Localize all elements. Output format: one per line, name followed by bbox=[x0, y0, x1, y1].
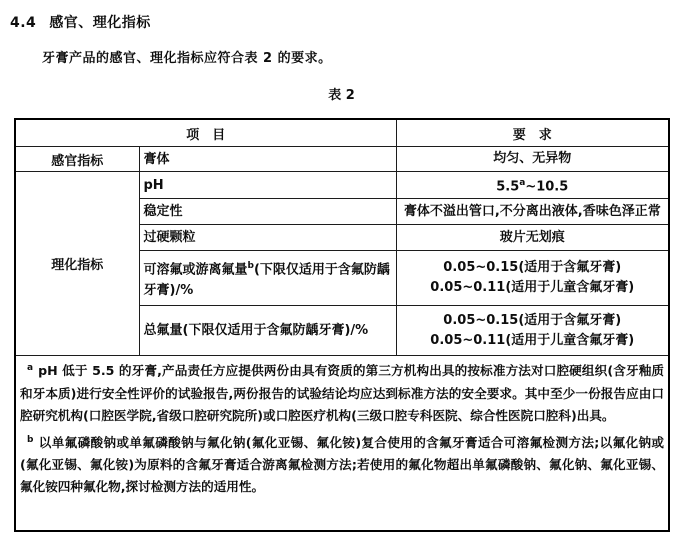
requirement-cell-grit: 玻片无划痕 bbox=[396, 225, 669, 251]
section-heading: 4.4感官、理化指标 bbox=[10, 12, 151, 32]
footnote-a: apH 低于 5.5 的牙膏,产品责任方应提供两份由具有资质的第三方机构出具的按… bbox=[20, 357, 664, 426]
footnote-a-marker: a bbox=[27, 363, 33, 373]
section-number: 4.4 bbox=[10, 15, 36, 31]
footnote-b: b以单氟磷酸钠或单氟磷酸钠与氟化钠(氟化亚锡、氟化铵)复合使用的含氟牙膏适合可溶… bbox=[20, 429, 664, 498]
soluble-fluoride-range-child: 0.05~0.11(适用于儿童含氟牙膏) bbox=[401, 278, 665, 298]
table-row-paste: 感官指标 膏体 均匀、无异物 bbox=[15, 147, 669, 172]
category-cell-sensory: 感官指标 bbox=[15, 147, 139, 172]
intro-paragraph: 牙膏产品的感官、理化指标应符合表 2 的要求。 bbox=[42, 47, 332, 66]
item-cell-paste: 膏体 bbox=[139, 147, 396, 172]
spec-table: 项 目 要 求 感官指标 膏体 均匀、无异物 理化指标 pH 5.5a~10.5… bbox=[14, 118, 670, 532]
total-fluoride-range-child: 0.05~0.11(适用于儿童含氟牙膏) bbox=[401, 331, 665, 351]
footnote-b-text: 以单氟磷酸钠或单氟磷酸钠与氟化钠(氟化亚锡、氟化铵)复合使用的含氟牙膏适合可溶氟… bbox=[20, 435, 664, 494]
footnote-a-text: pH 低于 5.5 的牙膏,产品责任方应提供两份由具有资质的第三方机构出具的按标… bbox=[20, 364, 664, 423]
table-caption: 表 2 bbox=[0, 84, 683, 103]
item-cell-grit: 过硬颗粒 bbox=[139, 225, 396, 251]
table-footnotes-row: apH 低于 5.5 的牙膏,产品责任方应提供两份由具有资质的第三方机构出具的按… bbox=[15, 356, 669, 532]
item-cell-ph: pH bbox=[139, 172, 396, 199]
item-cell-total-fluoride: 总氟量(下限仅适用于含氟防龋牙膏)/% bbox=[139, 306, 396, 356]
requirement-cell-soluble-fluoride: 0.05~0.15(适用于含氟牙膏) 0.05~0.11(适用于儿童含氟牙膏) bbox=[396, 251, 669, 306]
footnote-b-marker: b bbox=[27, 435, 33, 445]
category-cell-physicochemical: 理化指标 bbox=[15, 172, 139, 356]
item-cell-stability: 稳定性 bbox=[139, 199, 396, 225]
requirement-cell-total-fluoride: 0.05~0.15(适用于含氟牙膏) 0.05~0.11(适用于儿童含氟牙膏) bbox=[396, 306, 669, 356]
table-header-row: 项 目 要 求 bbox=[15, 119, 669, 147]
requirement-cell-stability: 膏体不溢出管口,不分离出液体,香味色泽正常 bbox=[396, 199, 669, 225]
column-header-item: 项 目 bbox=[15, 119, 396, 147]
footnotes-cell: apH 低于 5.5 的牙膏,产品责任方应提供两份由具有资质的第三方机构出具的按… bbox=[15, 356, 669, 532]
requirement-cell-ph: 5.5a~10.5 bbox=[396, 172, 669, 199]
item-cell-soluble-fluoride: 可溶氟或游离氟量b(下限仅适用于含氟防龋牙膏)/% bbox=[139, 251, 396, 306]
column-header-requirement: 要 求 bbox=[396, 119, 669, 147]
total-fluoride-range-adult: 0.05~0.15(适用于含氟牙膏) bbox=[401, 311, 665, 331]
document-page: 4.4感官、理化指标 牙膏产品的感官、理化指标应符合表 2 的要求。 表 2 项… bbox=[0, 0, 683, 539]
ph-value-high: ~10.5 bbox=[525, 179, 568, 194]
requirement-cell-paste: 均匀、无异物 bbox=[396, 147, 669, 172]
soluble-fluoride-range-adult: 0.05~0.15(适用于含氟牙膏) bbox=[401, 258, 665, 278]
soluble-fluoride-label: 可溶氟或游离氟量 bbox=[144, 262, 248, 277]
section-title: 感官、理化指标 bbox=[49, 15, 151, 31]
ph-value-low: 5.5 bbox=[496, 179, 519, 194]
table-row-ph: 理化指标 pH 5.5a~10.5 bbox=[15, 172, 669, 199]
